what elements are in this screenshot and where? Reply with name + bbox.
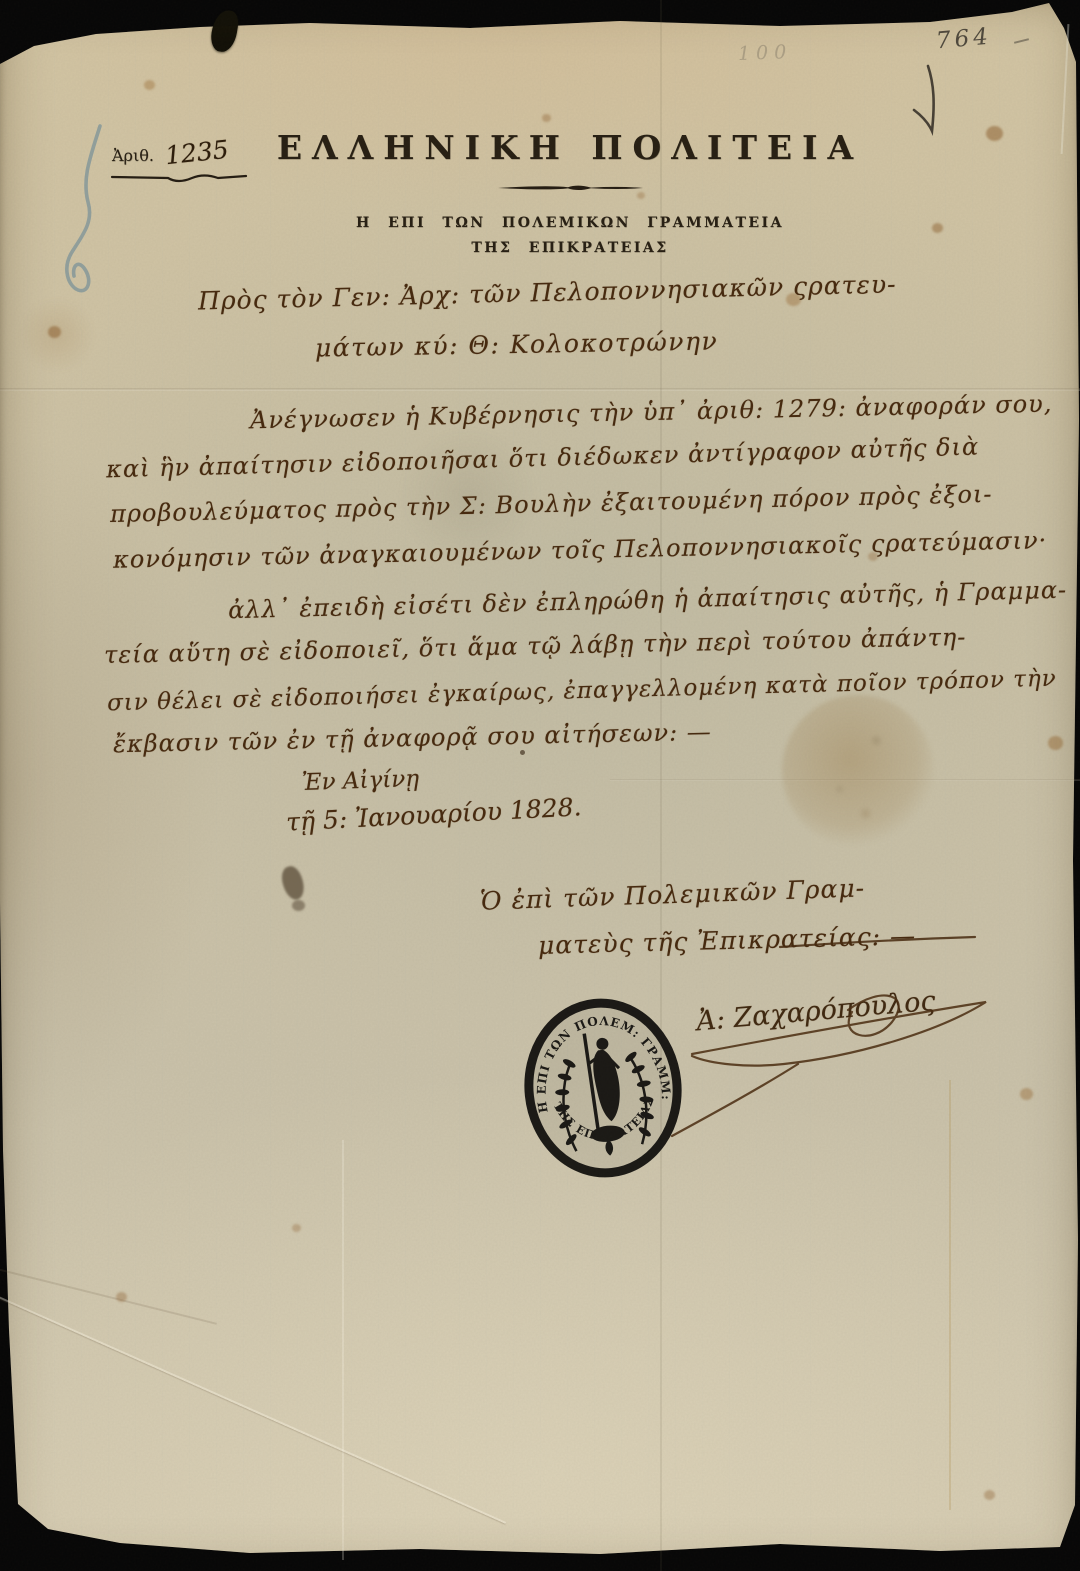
paper-sheet — [0, 0, 1080, 1571]
department-line: Η ΕΠΙ ΤΩΝ ΠΟΛΕΜΙΚΩΝ ΓΡΑΜΜΑΤΕΙΑ — [150, 215, 990, 231]
registry-underline — [110, 172, 250, 186]
closing-dash — [778, 934, 978, 952]
faint-page-number: 100 — [738, 41, 793, 65]
registry-label: Ἀριθ. — [112, 146, 154, 165]
scanned-document: Ἀριθ. 1235 100 764 ΕΛΛΗΝΙΚΗ ΠΟΛΙΤΕΙΑ Η Ε… — [0, 0, 1080, 1571]
page-title: ΕΛΛΗΝΙΚΗ ΠΟΛΙΤΕΙΑ — [150, 128, 990, 167]
archive-number: 764 — [935, 24, 993, 55]
title-rule — [498, 183, 643, 193]
place-line: Ἐν Αἰγίνῃ — [302, 766, 420, 796]
blue-pencil-mark — [38, 118, 118, 308]
ink-smudge — [292, 900, 305, 911]
official-seal: Η ΕΠΙ ΤΩΝ ΠΟΛΕΜ: ΓΡΑΜΜ: ΤΗΣ ΕΠΙΚΡΑΤΕΙΑΣ — [518, 996, 688, 1180]
jurisdiction-line: ΤΗΣ ΕΠΙΚΡΑΤΕΙΑΣ — [150, 240, 990, 256]
